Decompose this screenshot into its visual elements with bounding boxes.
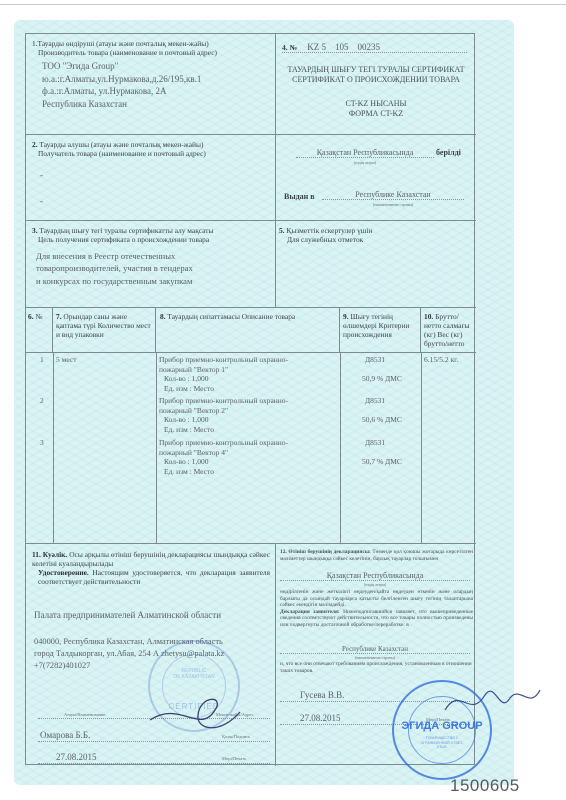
unit: Ед. изм : Место — [159, 425, 288, 435]
declaration-country-kz: Қазақстан Республикасында — [280, 571, 470, 581]
producer-actual-address: ф.а.:г.Алматы, ул.Нурмакова, 2А — [42, 85, 201, 98]
quantity: Кол-во : 1,000 — [159, 415, 288, 425]
declaration-date: 27.08.2015 — [300, 712, 341, 725]
goods-table-header: 6. № 7. Орындар саны және қаптама түрі К… — [26, 308, 476, 353]
col-header-packages: 7. Орындар саны және қаптама түрі Количе… — [53, 308, 156, 353]
certifier-name: Омарова Б.Б. — [40, 729, 90, 742]
box-5-label: 5. Қызметтік ескертулер үшін Для служебн… — [279, 226, 372, 244]
row-description: Прибор приемно-контрольный охранно- пожа… — [159, 355, 288, 394]
desc-line-1: Прибор приемно-контрольный охранно- — [159, 438, 288, 448]
form-name-kz: CT-KZ НЫСАНЫ — [276, 99, 476, 109]
box-3-label-kz: Тауардың шығу тегі туралы сертификатты а… — [39, 226, 213, 235]
box-11-title-kz: 11. Куәлік. — [32, 550, 67, 559]
certificate-number-line: 4. № KZ 5 105 00235 — [282, 42, 467, 53]
col-header-criteria: 9. Шығу тегінің өлшемдері Критерии проис… — [340, 308, 421, 353]
company-seal-subtext: ТОВАРИЩЕСТВО С ОГРАНИЧЕННОЙ ОТВЕТ-СТЬЮ — [416, 736, 468, 750]
col-10-num: 10. — [424, 312, 433, 321]
declaration-body-ru-2: и, что все они отвечают требованиям прои… — [280, 661, 473, 674]
desc-line-1: Прибор приемно-контрольный охранно- — [159, 396, 288, 406]
purpose-line-2: товаропроизводителей, участия в тендерах — [36, 262, 193, 274]
certificate-title-kz: ТАУАРДЫҢ ШЫҒУ ТЕГІ ТУРАЛЫ СЕРТИФИКАТ — [276, 65, 476, 75]
declaration-country-caption-ru: (наименование страны) — [280, 655, 470, 660]
declaration-country-ru: Республике Казахстан — [280, 645, 470, 654]
chamber-name: Палата предпринимателей Алматинской обла… — [34, 609, 221, 622]
quantity: Кол-во : 1,000 — [159, 457, 288, 467]
date-line — [38, 763, 270, 764]
row-number: 3 — [40, 438, 44, 448]
col-divider — [421, 353, 422, 544]
box-5-label-kz: Қызметтік ескертулер үшін — [286, 226, 372, 235]
box-11-text: 11. Куәлік. Осы арқылы өтініш берушінің … — [32, 550, 270, 586]
producer-legal-address: ю.а.:г.Алматы,ул.Нурмакова,д.26/195,кв.1 — [42, 73, 201, 86]
signature-line — [38, 741, 270, 742]
producer-name: ТОО "Эгида Group" — [42, 60, 201, 73]
col-9-text: Шығу тегінің өлшемдері Критерии происхож… — [343, 312, 409, 339]
col-7-num: 7. — [56, 312, 62, 321]
origin-criteria: 50,9 % ДМС — [362, 374, 402, 384]
certificate-title-ru: СЕРТИФИКАТ О ПРОИСХОЖДЕНИИ ТОВАРА — [276, 75, 476, 85]
certificate-form: 1.Тауарды өндіруші (атауы және почталық … — [25, 33, 475, 765]
declaration-text: өндірілгенін және жеткілікті өңдеуден/қа… — [280, 589, 473, 629]
recipient-line-1: - — [40, 169, 43, 182]
chamber-address-line-2: город Талдыкорган, ул.Абая, 254 А zhetys… — [34, 648, 274, 660]
unit: Ед. изм : Место — [159, 384, 288, 394]
form-name-ru: ФОРМА CT-KZ — [276, 109, 476, 119]
col-6-num: 6. — [28, 312, 34, 321]
row-description: Прибор приемно-контрольный охранно- пожа… — [159, 396, 288, 435]
chamber-address-line-1: 040000, Республика Казахстан, Алматинска… — [34, 636, 274, 648]
row-number: 1 — [40, 355, 44, 365]
seal-caption: Мөрі/Печать — [222, 756, 246, 761]
issued-country-ru: Республике Казахстан — [322, 190, 464, 200]
goods-table-body: 5 мест 6.15/5.2 кг. 1 Прибор приемно-кон… — [26, 353, 476, 544]
hs-code: Д8531 — [365, 438, 385, 448]
certifier-signature — [140, 690, 250, 740]
desc-line-2: пожарный "Вектор 4" — [159, 448, 288, 458]
box-3-number: 3. — [32, 226, 38, 235]
desc-line-1: Прибор приемно-контрольный охранно- — [159, 355, 288, 365]
col-header-number: 6. № — [26, 308, 53, 353]
producer-address: ТОО "Эгида Group" ю.а.:г.Алматы,ул.Нурма… — [42, 60, 201, 110]
box-1-label-ru: Производитель товара (наименование и поч… — [32, 48, 272, 57]
box-11-title-ru: Удостоверение. — [38, 568, 89, 577]
name-caption: Атауы/Наименование — [64, 712, 105, 717]
box-2-label: 2. Тауарды алушы (атауы және почталық ме… — [32, 140, 272, 158]
box-5-service-notes: 5. Қызметтік ескертулер үшін Для служебн… — [276, 221, 476, 308]
quantity: Кол-во : 1,000 — [159, 374, 288, 384]
row-number: 2 — [40, 396, 44, 406]
box-5-label-ru: Для служебных отметок — [279, 235, 372, 244]
hs-code: Д8531 — [365, 396, 385, 406]
issued-caption-kz: (елдің атауы) — [296, 160, 434, 165]
box-3-label-ru: Цель получения сертификата о происхожден… — [32, 235, 272, 244]
box-3-label: 3. Тауардың шығу тегі туралы сертификатт… — [32, 226, 272, 244]
desc-line-2: пожарный "Вектор 2" — [159, 406, 288, 416]
packages-count: 5 мест — [56, 355, 77, 365]
issued-suffix-kz: берілді — [436, 148, 461, 157]
col-8-num: 8. — [160, 312, 166, 321]
col-8-text: Тауардың сипаттамасы Описание товара — [167, 312, 295, 321]
col-7-text: Орындар саны және қаптама түрі Количеств… — [56, 312, 151, 339]
issued-prefix-ru: Выдан в — [284, 192, 315, 201]
declaration-text-kz: 12. Өтініш берушінің декларациясы: Төмен… — [280, 549, 473, 562]
declaration-title-ru: Декларация заявителя: — [280, 609, 340, 615]
declaration-body-kz-2: өндірілгенін және жеткілікті өңдеуден/қа… — [280, 589, 473, 609]
recipient-line-2: - — [40, 195, 43, 208]
col-9-num: 9. — [343, 312, 349, 321]
certificate-number-label: 4. № — [282, 43, 297, 52]
serial-number: 1500605 — [450, 776, 520, 796]
certificate-number-value: KZ 5 105 00235 — [307, 42, 380, 52]
box-2-label-ru: Получатель товара (наименование и почтов… — [32, 149, 272, 158]
box-2-recipient: 2. Тауарды алушы (атауы және почталық ме… — [26, 135, 276, 221]
box-1-label: 1.Тауарды өндіруші (атауы және почталық … — [32, 39, 272, 57]
box-1-label-kz: 1.Тауарды өндіруші (атауы және почталық … — [32, 39, 272, 48]
certification-date: 27.08.2015 — [56, 751, 97, 764]
purpose-text: Для внесения в Реестр отечественных това… — [36, 250, 193, 287]
origin-criteria: 50,6 % ДМС — [362, 415, 402, 425]
origin-criteria: 50,7 % ДМС — [362, 457, 402, 467]
purpose-line-1: Для внесения в Реестр отечественных — [36, 250, 193, 262]
gross-net-weight: 6.15/5.2 кг. — [424, 355, 458, 365]
col-6-text: № — [35, 312, 42, 321]
row-description: Прибор приемно-контрольный охранно- пожа… — [159, 438, 288, 477]
issued-country-kz: Қазақстан Республикасында — [296, 148, 434, 158]
issued-caption-ru: (наименование страны) — [322, 202, 464, 207]
declarant-name: Гусева В.В. — [300, 689, 344, 702]
box-5-number: 5. — [279, 226, 285, 235]
box-1-producer: 1.Тауарды өндіруші (атауы және почталық … — [26, 34, 276, 135]
box-2-label-kz: Тауарды алушы (атауы және почталық мекен… — [39, 140, 203, 149]
declarant-signature — [440, 680, 550, 725]
issued-in-section: Қазақстан Республикасында берілді (елдің… — [276, 135, 476, 221]
purpose-line-3: и конкурсах по государственным закупкам — [36, 275, 193, 287]
certificate-title: ТАУАРДЫҢ ШЫҒУ ТЕГІ ТУРАЛЫ СЕРТИФИКАТ СЕР… — [276, 65, 476, 85]
declaration-title-kz: 12. Өтініш берушінің декларациясы: — [280, 549, 371, 555]
box-3-purpose: 3. Тауардың шығу тегі туралы сертификатт… — [26, 221, 276, 308]
page-top-edge — [0, 4, 566, 5]
box-4-certificate-number: 4. № KZ 5 105 00235 ТАУАРДЫҢ ШЫҒУ ТЕГІ Т… — [276, 34, 476, 135]
hs-code: Д8531 — [365, 355, 385, 365]
col-divider — [340, 353, 341, 544]
col-header-weight: 10. Брутто/нетто салмағы (кг) Вес (кг) б… — [421, 308, 476, 353]
producer-country: Республика Казахстан — [42, 98, 201, 111]
declaration-country-caption-kz: (елдің атауы) — [280, 582, 470, 587]
col-header-description: 8. Тауардың сипаттамасы Описание товара — [156, 308, 340, 353]
col-divider — [156, 353, 157, 544]
desc-line-2: пожарный "Вектор 1" — [159, 365, 288, 375]
box-11-text-kz: Осы арқылы өтініш берушінің декларациясы… — [32, 550, 270, 568]
certificate-form-name: CT-KZ НЫСАНЫ ФОРМА CT-KZ — [276, 99, 476, 119]
unit: Ед. изм : Место — [159, 467, 288, 477]
box-2-number: 2. — [32, 140, 38, 149]
col-divider — [53, 353, 54, 544]
